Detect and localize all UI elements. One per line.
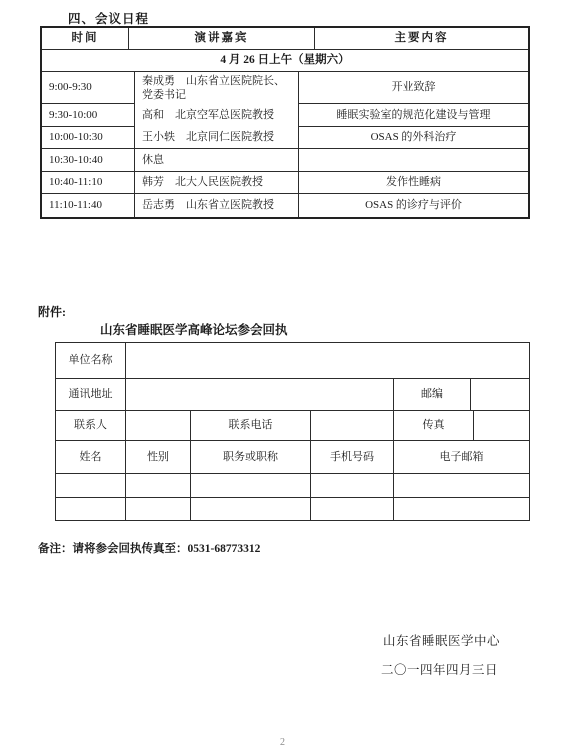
schedule-header-speaker: 演讲嘉宾	[129, 28, 315, 50]
signature-organization: 山东省睡眠医学中心	[383, 631, 500, 649]
gender-entry-cell	[126, 498, 191, 520]
address-label: 通讯地址	[56, 379, 126, 411]
mobile-entry-cell	[311, 474, 394, 498]
schedule-row: 10:00-10:30 王小轶 北京同仁医院教授 OSAS 的外科治疗	[42, 127, 528, 149]
schedule-header-row: 时间 演讲嘉宾 主要内容	[42, 28, 528, 50]
schedule-time: 9:00-9:30	[42, 72, 135, 104]
schedule-content: 睡眠实验室的规范化建设与管理	[299, 104, 528, 127]
schedule-session-header: 4 月 26 日上午（星期六）	[42, 50, 528, 72]
title-entry-cell	[191, 474, 311, 498]
title-entry-cell	[191, 498, 311, 520]
form-row-person-header: 姓名 性别 职务或职称 手机号码 电子邮箱	[56, 441, 529, 474]
schedule-speaker: 王小轶 北京同仁医院教授	[135, 127, 299, 149]
org-name-value-cell	[126, 343, 529, 379]
schedule-time: 10:40-11:10	[42, 172, 135, 194]
contact-value-cell	[126, 411, 191, 441]
schedule-header-content: 主要内容	[315, 28, 528, 50]
section-title: 四、会议日程	[68, 9, 149, 27]
gender-label: 性别	[126, 441, 191, 474]
org-name-label: 单位名称	[56, 343, 126, 379]
schedule-row: 9:00-9:30 秦成勇 山东省立医院院长、党委书记 开业致辞	[42, 72, 528, 104]
reply-form-table: 单位名称 通讯地址 邮编 联系人 联系电话 传真 姓名 性别 职务或职称 手机号…	[55, 342, 530, 521]
name-entry-cell	[56, 474, 126, 498]
mobile-label: 手机号码	[311, 441, 394, 474]
schedule-speaker: 岳志勇 山东省立医院教授	[135, 194, 299, 217]
schedule-time: 9:30-10:00	[42, 104, 135, 127]
gender-entry-cell	[126, 474, 191, 498]
email-entry-cell	[394, 474, 529, 498]
attachment-label: 附件:	[38, 303, 66, 320]
schedule-speaker: 休息	[135, 149, 299, 172]
fax-note: 备注：请将参会回执传真至：0531-68773312	[38, 540, 260, 556]
schedule-time: 10:30-10:40	[42, 149, 135, 172]
schedule-content: OSAS 的诊疗与评价	[299, 194, 528, 217]
form-row-org: 单位名称	[56, 343, 529, 379]
form-row-entry	[56, 498, 529, 520]
schedule-session-row: 4 月 26 日上午（星期六）	[42, 50, 528, 72]
schedule-row: 11:10-11:40 岳志勇 山东省立医院教授 OSAS 的诊疗与评价	[42, 194, 528, 217]
form-row-address: 通讯地址 邮编	[56, 379, 529, 411]
schedule-content: 开业致辞	[299, 72, 528, 104]
mobile-entry-cell	[311, 498, 394, 520]
email-label: 电子邮箱	[394, 441, 529, 474]
form-row-entry	[56, 474, 529, 498]
contact-label: 联系人	[56, 411, 126, 441]
name-label: 姓名	[56, 441, 126, 474]
schedule-content: OSAS 的外科治疗	[299, 127, 528, 149]
schedule-speaker: 韩芳 北大人民医院教授	[135, 172, 299, 194]
signature-date: 二〇一四年四月三日	[381, 660, 498, 678]
form-row-contact: 联系人 联系电话 传真	[56, 411, 529, 441]
title-label: 职务或职称	[191, 441, 311, 474]
page-number: 2	[280, 737, 285, 747]
schedule-time: 10:00-10:30	[42, 127, 135, 149]
phone-value-cell	[311, 411, 394, 441]
schedule-row: 9:30-10:00 高和 北京空军总医院教授 睡眠实验室的规范化建设与管理	[42, 104, 528, 127]
schedule-time: 11:10-11:40	[42, 194, 135, 217]
schedule-row: 10:40-11:10 韩芳 北大人民医院教授 发作性睡病	[42, 172, 528, 194]
address-value-cell	[126, 379, 394, 411]
postcode-value-cell	[471, 379, 529, 411]
name-entry-cell	[56, 498, 126, 520]
schedule-table: 时间 演讲嘉宾 主要内容 4 月 26 日上午（星期六） 9:00-9:30 秦…	[40, 26, 530, 219]
fax-value-cell	[474, 411, 529, 441]
schedule-content: 发作性睡病	[299, 172, 528, 194]
reply-form-title: 山东省睡眠医学高峰论坛参会回执	[100, 320, 288, 338]
postcode-label: 邮编	[394, 379, 471, 411]
schedule-row: 10:30-10:40 休息	[42, 149, 528, 172]
schedule-header-time: 时间	[42, 28, 129, 50]
schedule-speaker: 高和 北京空军总医院教授	[135, 104, 299, 127]
fax-label: 传真	[394, 411, 474, 441]
document-page: 四、会议日程 时间 演讲嘉宾 主要内容 4 月 26 日上午（星期六） 9:00…	[0, 0, 569, 747]
email-entry-cell	[394, 498, 529, 520]
phone-label: 联系电话	[191, 411, 311, 441]
schedule-speaker: 秦成勇 山东省立医院院长、党委书记	[135, 72, 299, 104]
schedule-content	[299, 149, 528, 172]
